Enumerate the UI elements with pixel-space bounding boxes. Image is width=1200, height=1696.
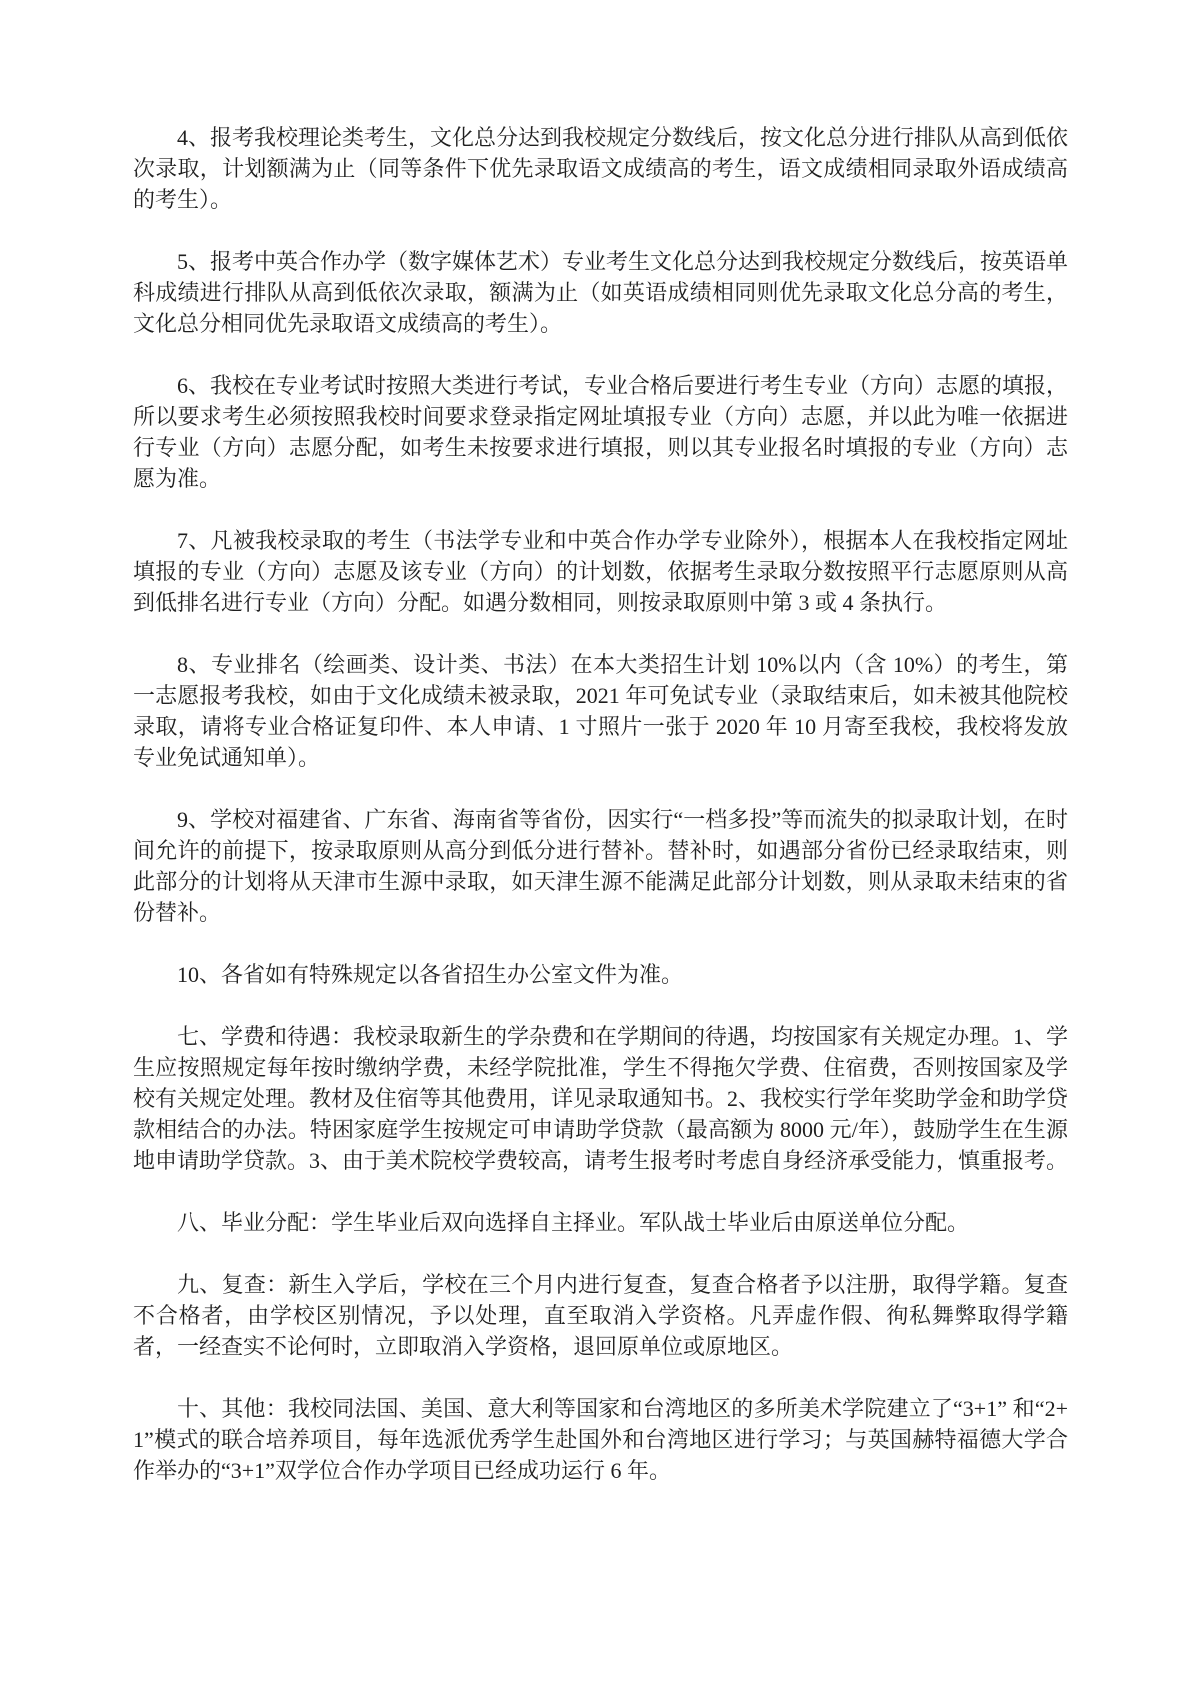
paragraph-rule-9: 9、学校对福建省、广东省、海南省等省份，因实行“一档多投”等而流失的拟录取计划，… [133,804,1068,928]
paragraph-rule-8: 8、专业排名（绘画类、设计类、书法）在本大类招生计划 10%以内（含 10%）的… [133,649,1068,773]
document-page: 4、报考我校理论类考生，文化总分达到我校规定分数线后，按文化总分进行排队从高到低… [0,0,1200,1696]
paragraph-section-recheck: 九、复查：新生入学后，学校在三个月内进行复查，复查合格者予以注册，取得学籍。复查… [133,1269,1068,1362]
paragraph-rule-5: 5、报考中英合作办学（数字媒体艺术）专业考生文化总分达到我校规定分数线后，按英语… [133,246,1068,339]
paragraph-rule-7: 7、凡被我校录取的考生（书法学专业和中英合作办学专业除外），根据本人在我校指定网… [133,525,1068,618]
paragraph-rule-4: 4、报考我校理论类考生，文化总分达到我校规定分数线后，按文化总分进行排队从高到低… [133,122,1068,215]
paragraph-section-other: 十、其他：我校同法国、美国、意大利等国家和台湾地区的多所美术学院建立了“3+1”… [133,1393,1068,1486]
paragraph-section-tuition: 七、学费和待遇：我校录取新生的学杂费和在学期间的待遇，均按国家有关规定办理。1、… [133,1021,1068,1176]
paragraph-rule-6: 6、我校在专业考试时按照大类进行考试，专业合格后要进行考生专业（方向）志愿的填报… [133,370,1068,494]
paragraph-section-graduation: 八、毕业分配：学生毕业后双向选择自主择业。军队战士毕业后由原送单位分配。 [133,1207,1068,1238]
paragraph-rule-10: 10、各省如有特殊规定以各省招生办公室文件为准。 [133,959,1068,990]
document-body: 4、报考我校理论类考生，文化总分达到我校规定分数线后，按文化总分进行排队从高到低… [133,122,1068,1486]
